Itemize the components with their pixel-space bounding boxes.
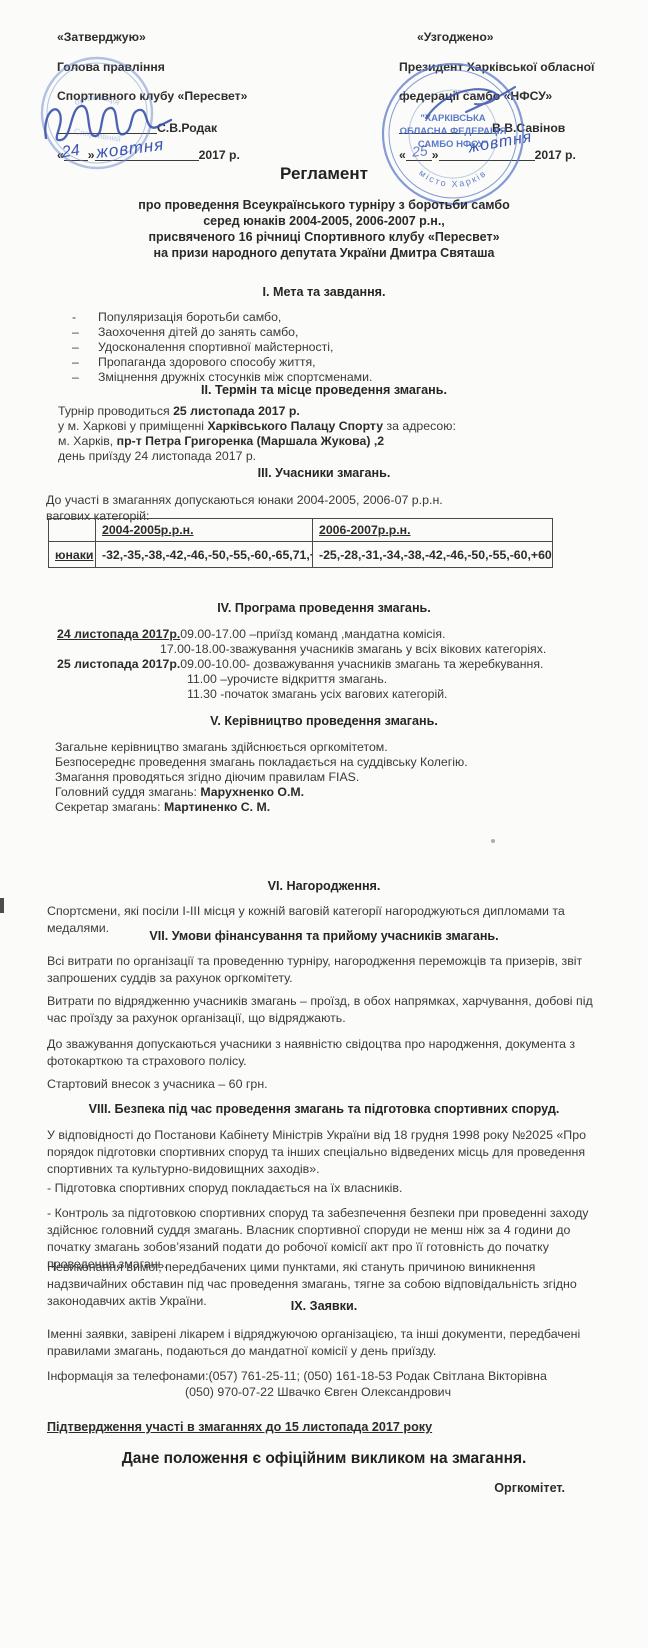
program-row: 24 листопада 2017р.09.00-17.00 –приїзд к…	[57, 627, 627, 642]
term-line-4: день приїзду 24 листопада 2017 р.	[58, 449, 618, 464]
table-header-row: 2004-2005р.р.н. 2006-2007р.р.н.	[49, 519, 553, 542]
list-item: –Удосконалення спортивної майстерності,	[72, 340, 602, 355]
weights-2006-2007: -25,-28,-31,-34,-38,-42,-46,-50,-55,-60,…	[313, 542, 553, 568]
date-year-left: 2017 р.	[199, 148, 240, 162]
financing-paragraph-2: Витрати по відрядженню учасників змагань…	[47, 993, 612, 1027]
program-row: 11.30 -початок змагань усіх вагових кате…	[57, 687, 627, 702]
document-title: Регламент	[0, 164, 648, 184]
applications-paragraph: Іменні заявки, завірені лікарем і відряд…	[47, 1326, 612, 1360]
goals-list: -Популяризація боротьби самбо, –Заохочен…	[72, 310, 602, 385]
leadership-line-3: Змагання проводяться згідно діючим прави…	[55, 770, 625, 785]
list-item-text: Заохочення дітей до занять самбо,	[98, 325, 298, 340]
subtitle-line-4: на призи народного депутата України Дмит…	[0, 245, 648, 261]
document-subtitle: про проведення Всеукраїнського турніру з…	[0, 197, 648, 261]
leadership-line-2: Безпосереднє проведення змагань покладає…	[55, 755, 625, 770]
section-4-heading: IV. Програма проведення змагань.	[0, 601, 648, 615]
scan-edge-artifact	[0, 898, 4, 913]
header-cell-2006-2007: 2006-2007р.р.н.	[313, 519, 553, 542]
term-line-3: м. Харків, пр-т Петра Григоренка (Маршал…	[58, 434, 618, 449]
approve-label-right: «Узгоджено»	[417, 30, 494, 44]
section-3-heading: ІІІ. Учасники змагань.	[0, 466, 648, 480]
subtitle-line-3: присвяченого 16 річниці Спортивного клуб…	[0, 229, 648, 245]
subtitle-line-1: про проведення Всеукраїнського турніру з…	[0, 197, 648, 213]
section-8-heading: VIII. Безпека під час проведення змагань…	[0, 1102, 648, 1116]
weight-categories-table: 2004-2005р.р.н. 2006-2007р.р.н. юнаки -3…	[48, 518, 553, 568]
handwritten-day-right: 25	[411, 142, 428, 159]
dash-bullet: –	[72, 340, 98, 355]
subtitle-line-2: серед юнаків 2004-2005, 2006-2007 р.н.,	[0, 213, 648, 229]
section-5-heading: V. Керівництво проведення змагань.	[0, 714, 648, 728]
orgcommittee-signature: Оргкомітет.	[0, 1481, 565, 1495]
term-place-block: Турнір проводиться 25 листопада 2017 р. …	[58, 404, 618, 464]
confirmation-deadline: Підтвердження участі в змаганнях до 15 л…	[47, 1420, 432, 1434]
section-6-heading: VI. Нагородження.	[0, 879, 648, 893]
safety-paragraph-2: - Підготовка спортивних споруд покладаєт…	[47, 1180, 612, 1197]
program-schedule: 24 листопада 2017р.09.00-17.00 –приїзд к…	[57, 627, 627, 702]
dash-bullet: -	[72, 310, 98, 325]
list-item: -Популяризація боротьби самбо,	[72, 310, 602, 325]
contact-phones: Інформація за телефонами:(057) 761-25-11…	[47, 1368, 627, 1400]
leadership-line-1: Загальне керівництво змагань здійснюєтьс…	[55, 740, 625, 755]
approve-label-left: «Затверджую»	[57, 30, 146, 44]
dash-bullet: –	[72, 355, 98, 370]
program-item: 11.00 –урочисте відкриття змагань.	[187, 672, 387, 687]
list-item: –Пропаганда здорового способу життя,	[72, 355, 602, 370]
phone-line-1: Інформація за телефонами:(057) 761-25-11…	[47, 1368, 627, 1384]
phone-line-2: (050) 970-07-22 Швачко Євген Олександров…	[185, 1384, 627, 1400]
header-cell-empty	[49, 519, 96, 542]
dash-bullet: –	[72, 325, 98, 340]
list-item-text: Популяризація боротьби самбо,	[98, 310, 281, 325]
program-date: 25 листопада 2017р.	[57, 657, 180, 672]
chief-judge-line: Головний суддя змагань: Марухненко О.М.	[55, 785, 625, 800]
program-row: 25 листопада 2017р.09.00-10.00- дозважув…	[57, 657, 627, 672]
program-row: 11.00 –урочисте відкриття змагань.	[57, 672, 627, 687]
program-item: 11.30 -початок змагань усіх вагових кате…	[187, 687, 447, 702]
row-label-yunaky: юнаки	[49, 542, 96, 568]
section-1-heading: І. Мета та завдання.	[0, 285, 648, 299]
entry-fee-paragraph: Стартовий внесок з учасника – 60 грн.	[47, 1076, 612, 1093]
section-7-heading: VII. Умови фінансування та прийому учасн…	[0, 929, 648, 943]
list-item: –Заохочення дітей до занять самбо,	[72, 325, 602, 340]
term-line-2: у м. Харкові у приміщенні Харківського П…	[58, 419, 618, 434]
section-9-heading: IX. Заявки.	[0, 1299, 648, 1313]
leadership-block: Загальне керівництво змагань здійснюєтьс…	[55, 740, 625, 815]
signature-right	[420, 82, 520, 127]
list-item-text: Пропаганда здорового способу життя,	[98, 355, 316, 370]
program-item: 09.00-17.00 –приїзд команд ,мандатна ком…	[180, 627, 445, 642]
handwritten-day-left: 24	[61, 142, 81, 162]
date-year-right: 2017 р.	[535, 148, 576, 162]
program-item: 09.00-10.00- дозважування учасників змаг…	[180, 657, 543, 672]
list-item-text: Удосконалення спортивної майстерності,	[98, 340, 333, 355]
program-row: 17.00-18.00-зважування учасників змагань…	[57, 642, 627, 657]
program-item: 17.00-18.00-зважування учасників змагань…	[160, 642, 546, 657]
section-2-heading: ІІ. Термін та місце проведення змагань.	[0, 383, 648, 397]
financing-paragraph-3: До зважування допускаються учасники з на…	[47, 1036, 612, 1070]
weights-2004-2005: -32,-35,-38,-42,-46,-50,-55,-60,-65,71,+…	[96, 542, 313, 568]
secretary-line: Секретар змагань: Мартиненко С. М.	[55, 800, 625, 815]
table-row: юнаки -32,-35,-38,-42,-46,-50,-55,-60,-6…	[49, 542, 553, 568]
term-line-1: Турнір проводиться 25 листопада 2017 р.	[58, 404, 618, 419]
program-date: 24 листопада 2017р.	[57, 627, 180, 642]
scan-speck	[491, 839, 495, 843]
program-date	[57, 687, 160, 702]
financing-paragraph-1: Всі витрати по організації та проведенню…	[47, 953, 612, 987]
header-cell-2004-2005: 2004-2005р.р.н.	[96, 519, 313, 542]
official-call-statement: Дане положення є офіційним викликом на з…	[0, 1450, 648, 1468]
safety-paragraph-1: У відповідності до Постанови Кабінету Мі…	[47, 1127, 612, 1178]
document-page: «Затверджую» Голова правління Спортивног…	[0, 0, 648, 1648]
program-date	[57, 672, 160, 687]
intro-line-1: До участі в змаганнях допускаються юнаки…	[46, 492, 606, 508]
program-date	[57, 642, 160, 657]
